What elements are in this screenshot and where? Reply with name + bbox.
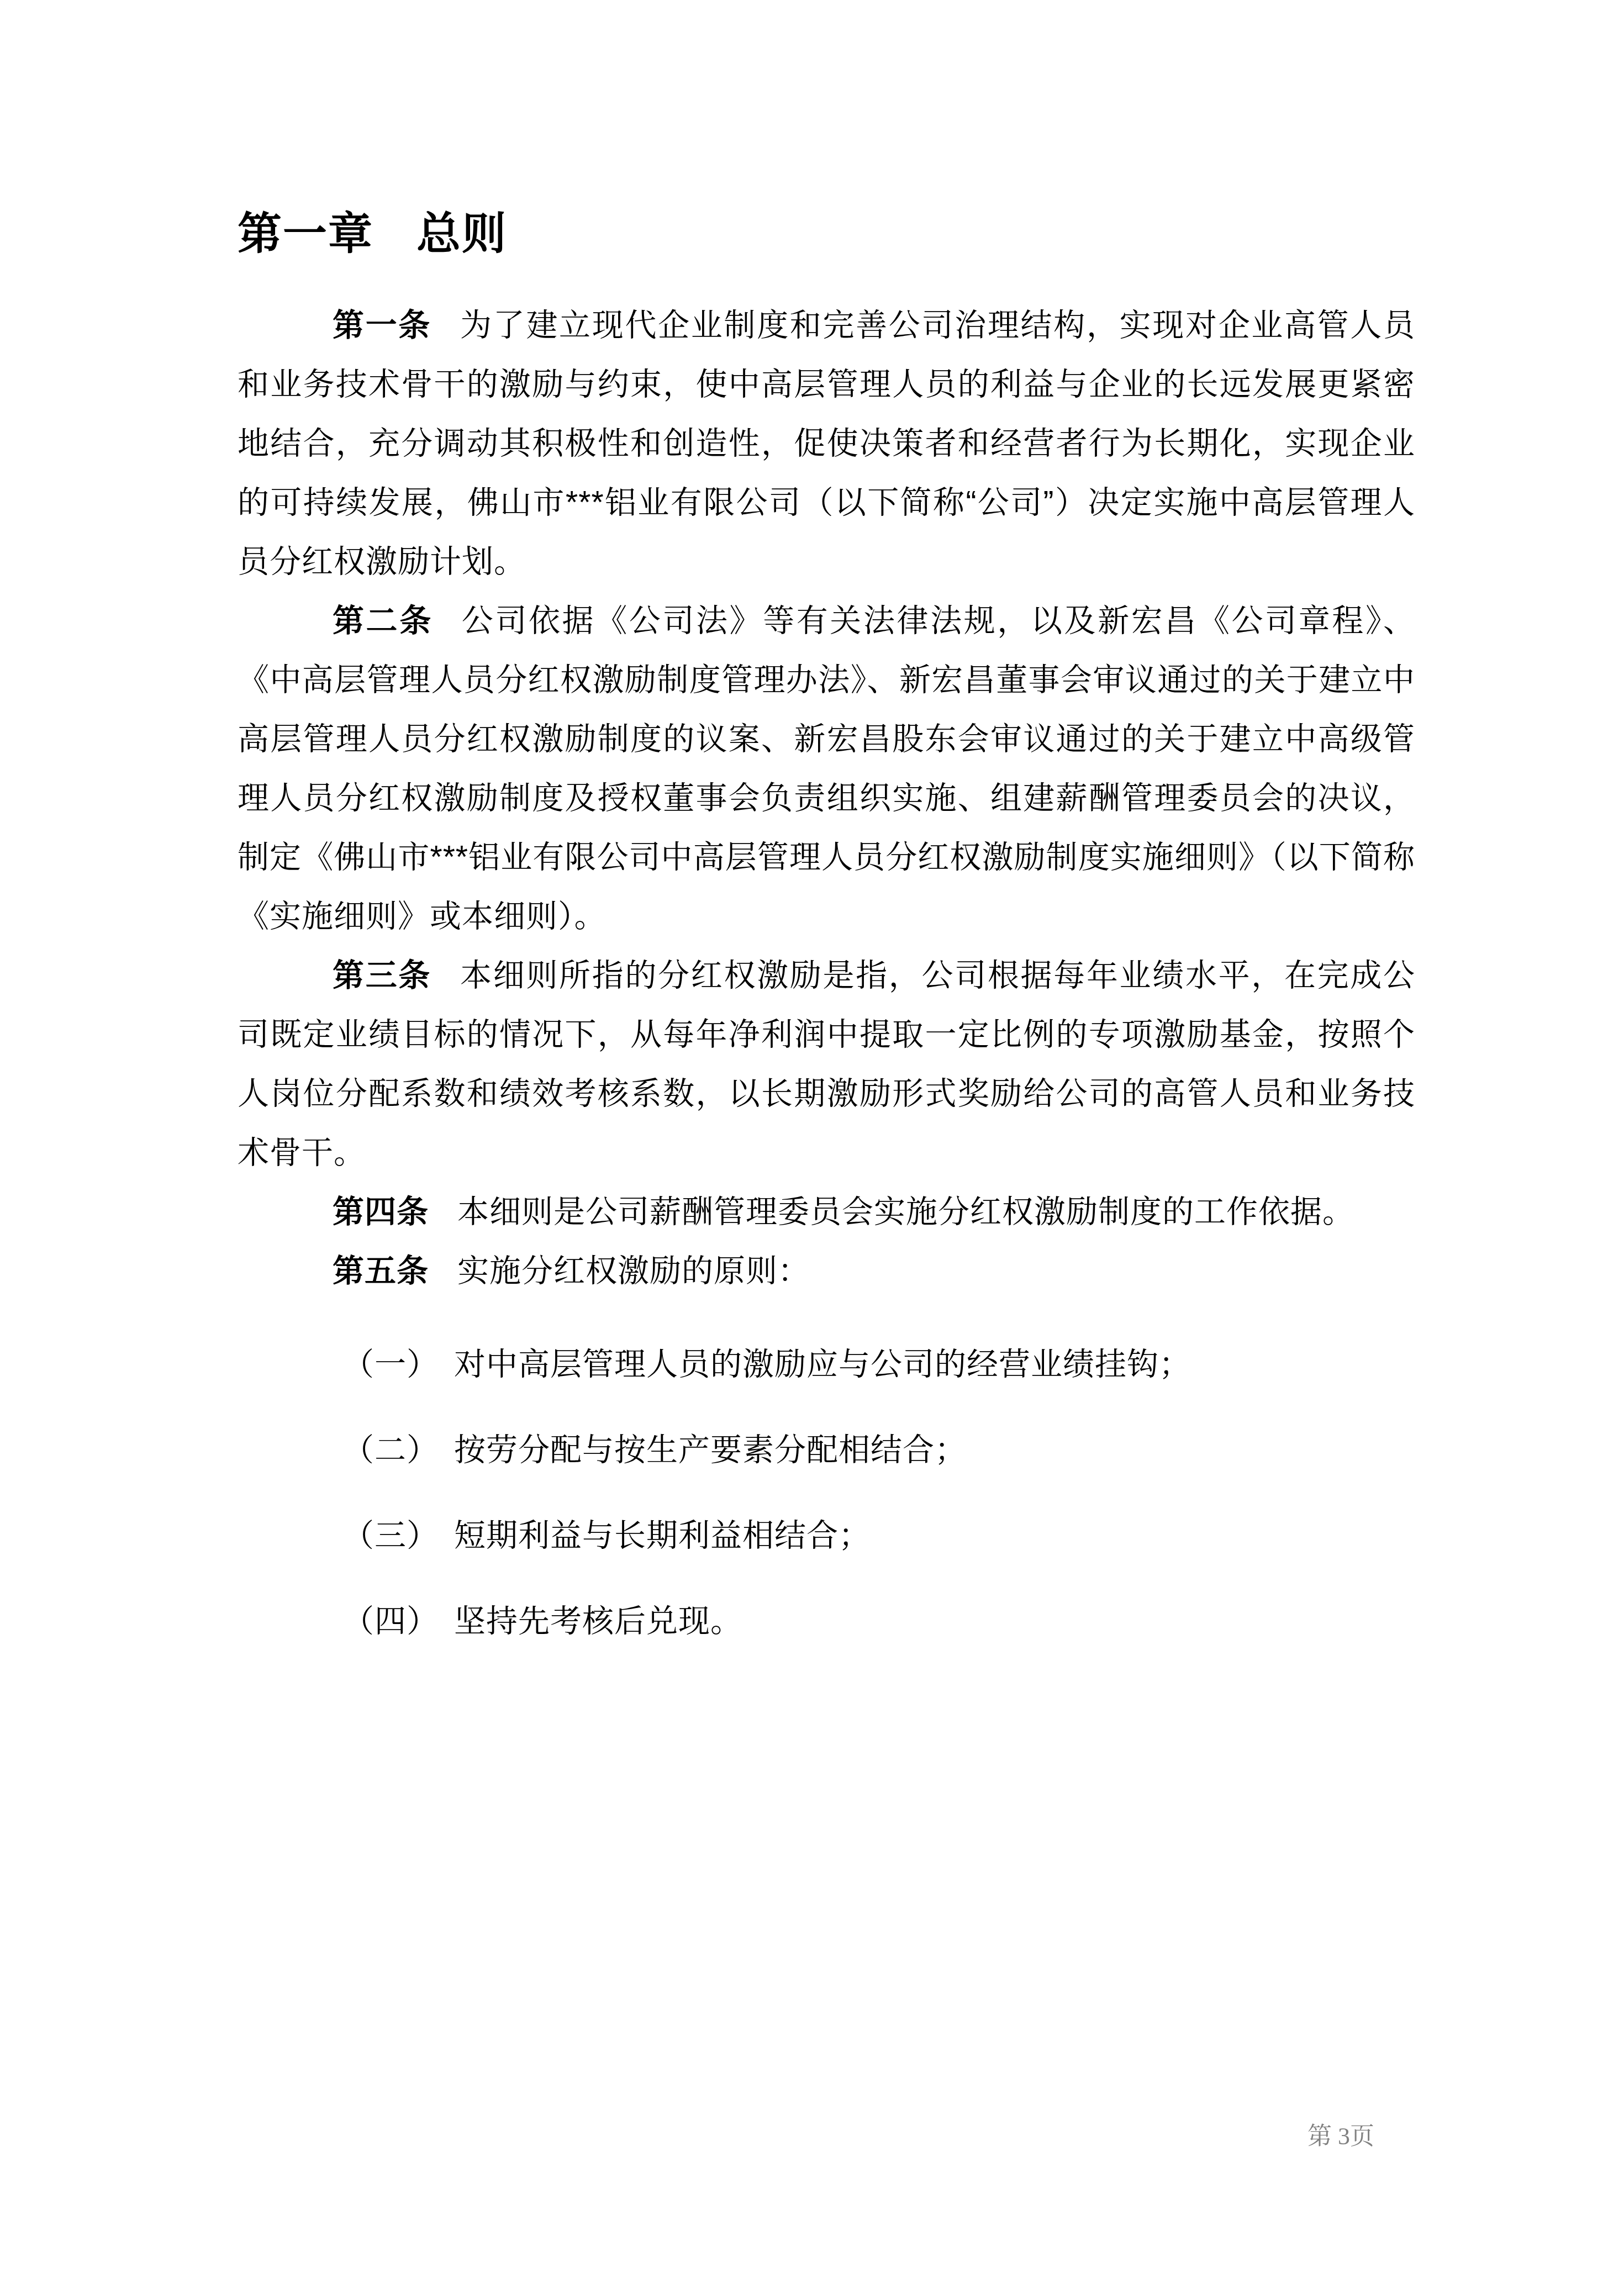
article-2-text: 公司依据《公司法》等有关法律法规，以及新宏昌《公司章程》、《中高层管理人员分红权… xyxy=(238,603,1415,934)
list-item: （三）短期利益与长期利益相结合； xyxy=(342,1506,1415,1565)
article-5-label: 第五条 xyxy=(333,1253,457,1289)
page-number: 第 3页 xyxy=(1307,2120,1374,2153)
list-item-text: 短期利益与长期利益相结合； xyxy=(454,1518,871,1553)
chapter-title: 总则 xyxy=(416,209,507,258)
principles-list: （一）对中高层管理人员的激励应与公司的经营业绩挂钩； （二）按劳分配与按生产要素… xyxy=(238,1335,1415,1651)
list-item-marker: （三） xyxy=(342,1518,454,1553)
article-3: 第三条本细则所指的分红权激励是指，公司根据每年业绩水平，在完成公司既定业绩目标的… xyxy=(238,946,1415,1183)
article-1-text: 为了建立现代企业制度和完善公司治理结构，实现对企业高管人员和业务技术骨干的激励与… xyxy=(238,308,1415,579)
list-item-marker: （四） xyxy=(342,1604,454,1639)
article-3-label: 第三条 xyxy=(333,958,460,993)
chapter-number: 第一章 xyxy=(238,209,373,258)
article-4: 第四条本细则是公司薪酬管理委员会实施分红权激励制度的工作依据。 xyxy=(238,1183,1415,1242)
list-item: （二）按劳分配与按生产要素分配相结合； xyxy=(342,1421,1415,1480)
article-2: 第二条公司依据《公司法》等有关法律法规，以及新宏昌《公司章程》、《中高层管理人员… xyxy=(238,592,1415,946)
article-2-label: 第二条 xyxy=(333,603,462,639)
list-item-marker: （二） xyxy=(342,1432,454,1468)
list-item: （四）坚持先考核后兑现。 xyxy=(342,1592,1415,1651)
article-4-label: 第四条 xyxy=(333,1194,457,1230)
article-1: 第一条为了建立现代企业制度和完善公司治理结构，实现对企业高管人员和业务技术骨干的… xyxy=(238,296,1415,592)
document-body: 第一章总则 第一条为了建立现代企业制度和完善公司治理结构，实现对企业高管人员和业… xyxy=(238,203,1415,1678)
document-page: 第一章总则 第一条为了建立现代企业制度和完善公司治理结构，实现对企业高管人员和业… xyxy=(0,0,1624,2288)
article-5-text: 实施分红权激励的原则： xyxy=(457,1253,810,1289)
list-item-text: 对中高层管理人员的激励应与公司的经营业绩挂钩； xyxy=(454,1347,1191,1382)
list-item-text: 按劳分配与按生产要素分配相结合； xyxy=(454,1432,967,1468)
article-1-label: 第一条 xyxy=(333,308,460,343)
list-item: （一）对中高层管理人员的激励应与公司的经营业绩挂钩； xyxy=(342,1335,1415,1394)
chapter-heading: 第一章总则 xyxy=(238,203,1415,264)
article-4-text: 本细则是公司薪酬管理委员会实施分红权激励制度的工作依据。 xyxy=(457,1194,1354,1230)
list-item-text: 坚持先考核后兑现。 xyxy=(454,1604,742,1639)
article-5: 第五条实施分红权激励的原则： xyxy=(238,1242,1415,1301)
list-item-marker: （一） xyxy=(342,1347,454,1382)
